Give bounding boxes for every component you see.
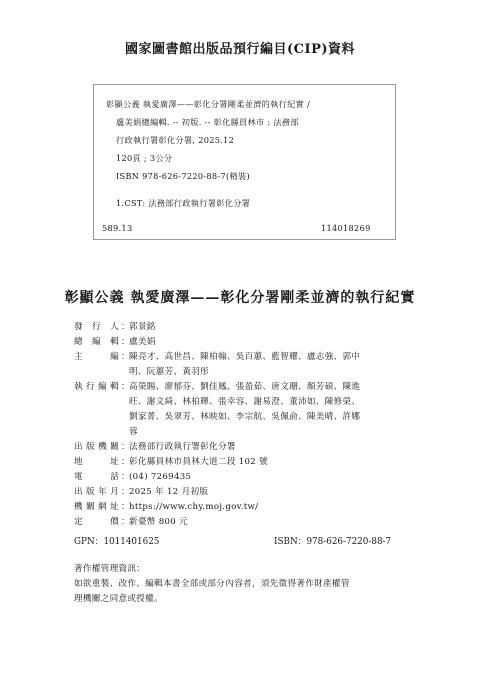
cip-line: 盧美娟總編輯. -- 初版. -- 彰化縣員林市 : 法務部 [116,117,299,128]
info-agency: 出版機關：法務部行政執行署彰化分署 [74,440,236,452]
cip-line: ISBN 978-626-7220-88-7(精裝) [116,171,250,182]
info-executive-editors-cont: 劉家菁、吳翠芳、林映如、李宗航、吳佩俞、陳美晴、許娜 [129,410,360,422]
info-price: 定 價：新臺幣 800 元 [74,515,188,527]
info-editors: 主 編：陳亮才、高世昌、陳柏翰、吳百蕙、藍智耀、盧志強、郭中 [74,350,360,362]
info-address: 地 址：彰化縣員林市員林大道二段 102 號 [74,455,268,467]
gpn: GPN：1011401625 [74,534,159,547]
cip-class-number: 589.13 [102,223,132,233]
info-executive-editors: 執行編輯：高榮賜、廖郁芬、劉佳鳳、張盈茹、唐文珊、顏芳碩、陳進 [74,380,360,392]
copyright-text: 如欲重製、改作、編輯本書全部或部分內容者，須先徵得著作財產權管 [74,577,350,589]
info-publisher: 發行人：郭景銘 [74,320,156,332]
info-phone: 電 話：(04) 7269435 [74,470,191,482]
cip-title: 國家圖書館出版品預行編目(CIP)資料 [0,38,480,57]
info-executive-editors-cont: 蓉 [129,425,138,437]
cip-line: 120頁 ; 3公分 [116,153,172,164]
cip-line: 彰顯公義 執愛廣澤——彰化分署剛柔並濟的執行紀實 / [106,99,310,110]
book-title: 彰顯公義 執愛廣澤——彰化分署剛柔並濟的執行紀實 [0,287,480,307]
info-website: 機關網址：https://www.chy.moj.gov.tw/ [74,500,258,512]
cip-record-number: 114018269 [321,223,371,233]
cip-box: 彰顯公義 執愛廣澤——彰化分署剛柔並濟的執行紀實 / 盧美娟總編輯. -- 初版… [93,84,396,240]
cip-line: 行政執行署彰化分署, 2025.12 [116,135,234,146]
copyright-heading: 著作權管理資訊： [74,562,145,574]
info-editors-cont: 明、阮蕙芳、黃羽彤 [129,365,209,377]
info-chief-editor: 總編輯：盧美娟 [74,335,156,347]
isbn: ISBN：978-626-7220-88-7 [274,534,391,547]
info-executive-editors-cont: 旺、謝文綺、林柏輝、張幸容、謝易澄、董沛如、陳修榮、 [129,395,360,407]
cip-subject: 1.CST: 法務部行政執行署彰化分署 [116,198,250,209]
info-date: 出版年月：2025 年 12 月初版 [74,485,208,497]
copyright-text: 理機關之同意或授權。 [74,592,163,604]
